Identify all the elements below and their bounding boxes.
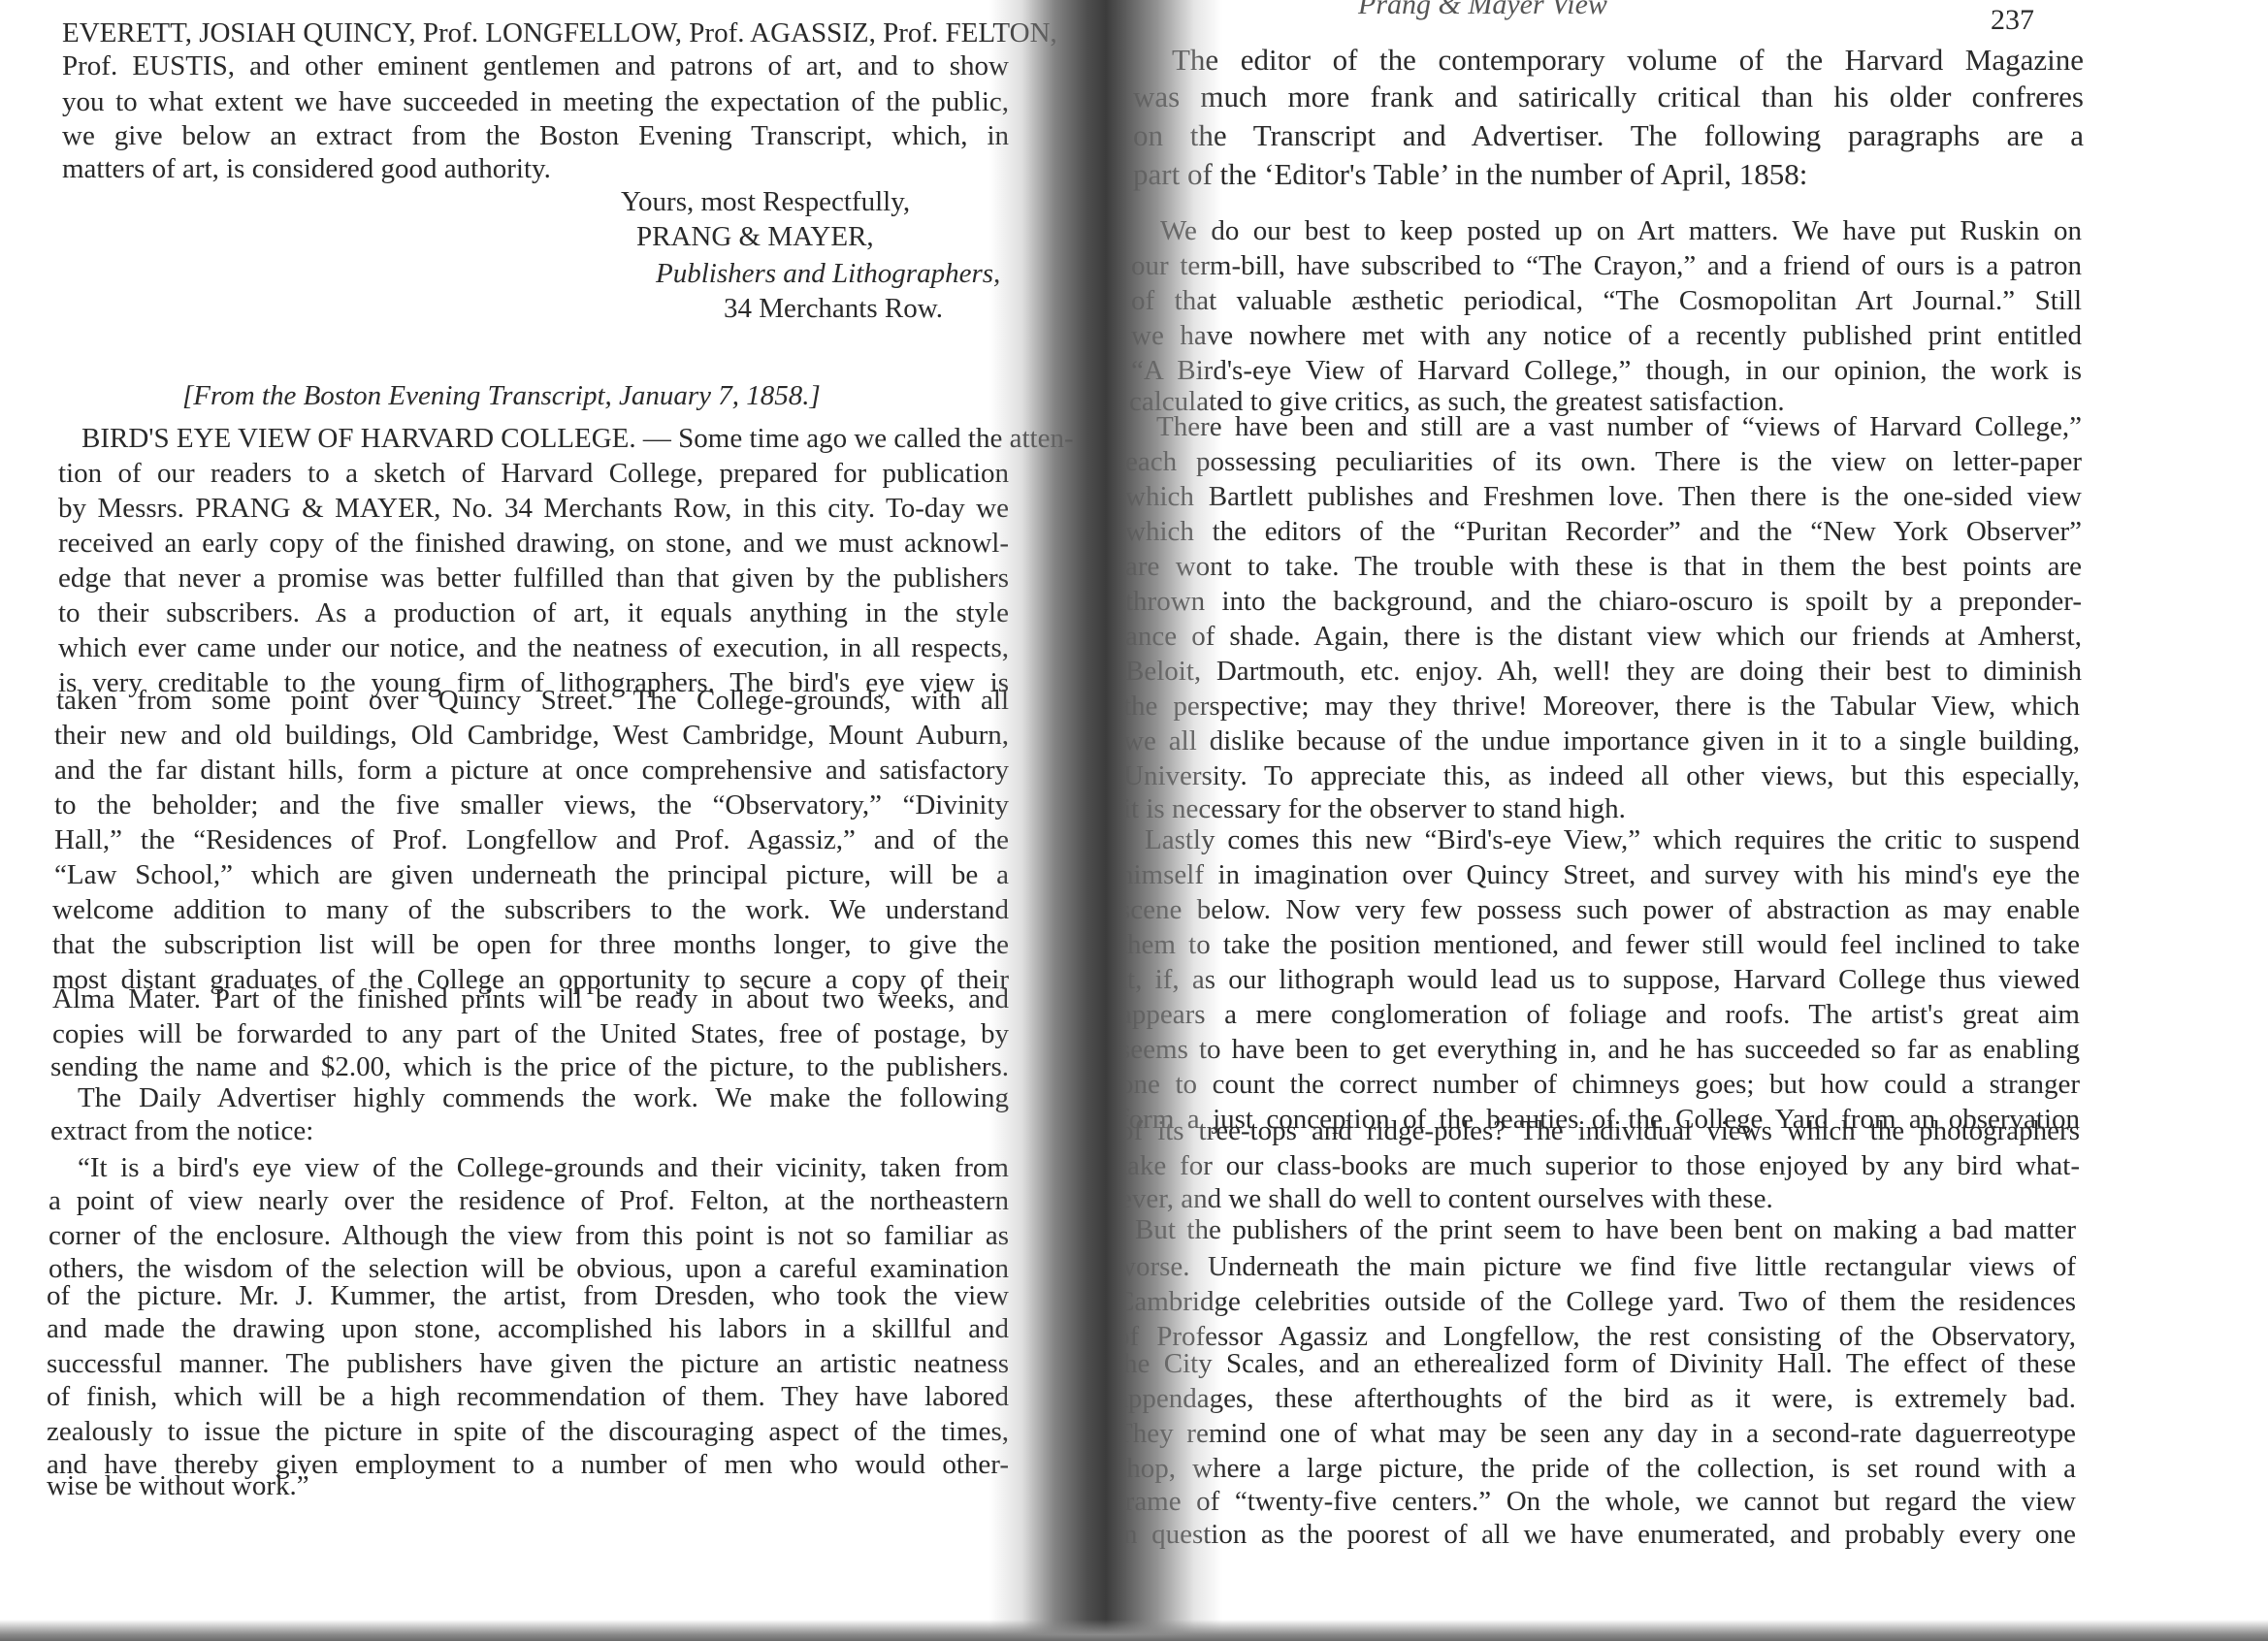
text-line: Lastly comes this new “Bird's-eye View,”… <box>1145 824 2080 855</box>
text-line: our term-bill, have subscribed to “The C… <box>1131 250 2082 281</box>
text-line: appears a mere conglomeration of foliage… <box>1119 999 2080 1030</box>
text-line: University. To appreciate this, as indee… <box>1123 760 2080 791</box>
text-line: on the Transcript and Advertiser. The fo… <box>1133 120 2084 151</box>
text-line: each possessing peculiarities of its own… <box>1125 446 2082 477</box>
text-line: which the editors of the “Puritan Record… <box>1125 516 2082 547</box>
text-line: “A Bird's-eye View of Harvard College,” … <box>1131 355 2082 386</box>
text-line: it is necessary for the observer to stan… <box>1123 793 1626 824</box>
text-line: we have nowhere met with any notice of a… <box>1131 320 2082 351</box>
text-line: which Bartlett publishes and Freshmen lo… <box>1125 481 2082 512</box>
text-line: it, if, as our lithograph would lead us … <box>1119 964 2080 995</box>
text-line: was much more frank and satirically crit… <box>1133 81 2084 113</box>
text-line: them to take the position mentioned, and… <box>1119 929 2080 960</box>
text-line: thrown into the background, and the chia… <box>1125 586 2082 617</box>
text-line: the City Scales, and an etherealized for… <box>1116 1348 2076 1379</box>
text-line: There have been and still are a vast num… <box>1156 411 2082 442</box>
text-line: appendages, these afterthoughts of the b… <box>1116 1383 2076 1414</box>
text-line: in question as the poorest of all we hav… <box>1116 1519 2076 1550</box>
text-line: worse. Underneath the main picture we fi… <box>1116 1251 2076 1282</box>
text-line: ance of shade. Again, there is the dista… <box>1125 621 2082 652</box>
text-line: They remind one of what may be seen any … <box>1116 1418 2076 1449</box>
text-line: But the publishers of the print seem to … <box>1135 1214 2076 1245</box>
text-line: Cambridge celebrities outside of the Col… <box>1116 1286 2076 1317</box>
text-line: scene below. Now very few possess such p… <box>1119 894 2080 925</box>
text-line: himself in imagination over Quincy Stree… <box>1119 859 2080 890</box>
text-line: Beloit, Dartmouth, etc. enjoy. Ah, well!… <box>1125 656 2082 687</box>
book-spread: EVERETT, JOSIAH QUINCY, Prof. LONGFELLOW… <box>0 0 2268 1641</box>
right-page: Prang & Mayer View 237 The editor of the… <box>0 0 2268 1641</box>
text-line: frame of “twenty-five centers.” On the w… <box>1116 1486 2076 1517</box>
text-line: take for our class-books are much superi… <box>1119 1150 2080 1181</box>
text-line: we all dislike because of the undue impo… <box>1123 725 2080 756</box>
text-line: of that valuable æsthetic periodical, “T… <box>1131 285 2082 316</box>
text-line: are wont to take. The trouble with these… <box>1125 551 2082 582</box>
text-line: part of the ‘Editor's Table’ in the numb… <box>1133 159 1807 190</box>
text-line: shop, where a large picture, the pride o… <box>1116 1453 2076 1484</box>
text-line: of its tree-tops and ridge-poles? The in… <box>1119 1115 2080 1146</box>
text-line: ever, and we shall do well to content ou… <box>1119 1183 1773 1214</box>
page-number: 237 <box>1991 4 2034 37</box>
text-line: the perspective; may they thrive! Moreov… <box>1123 691 2080 722</box>
text-line: We do our best to keep posted up on Art … <box>1160 215 2082 246</box>
text-line: seems to have been to get everything in,… <box>1119 1034 2080 1065</box>
text-line: one to count the correct number of chimn… <box>1119 1069 2080 1100</box>
running-head: Prang & Mayer View <box>1358 0 1607 21</box>
text-line: The editor of the contemporary volume of… <box>1172 45 2084 76</box>
